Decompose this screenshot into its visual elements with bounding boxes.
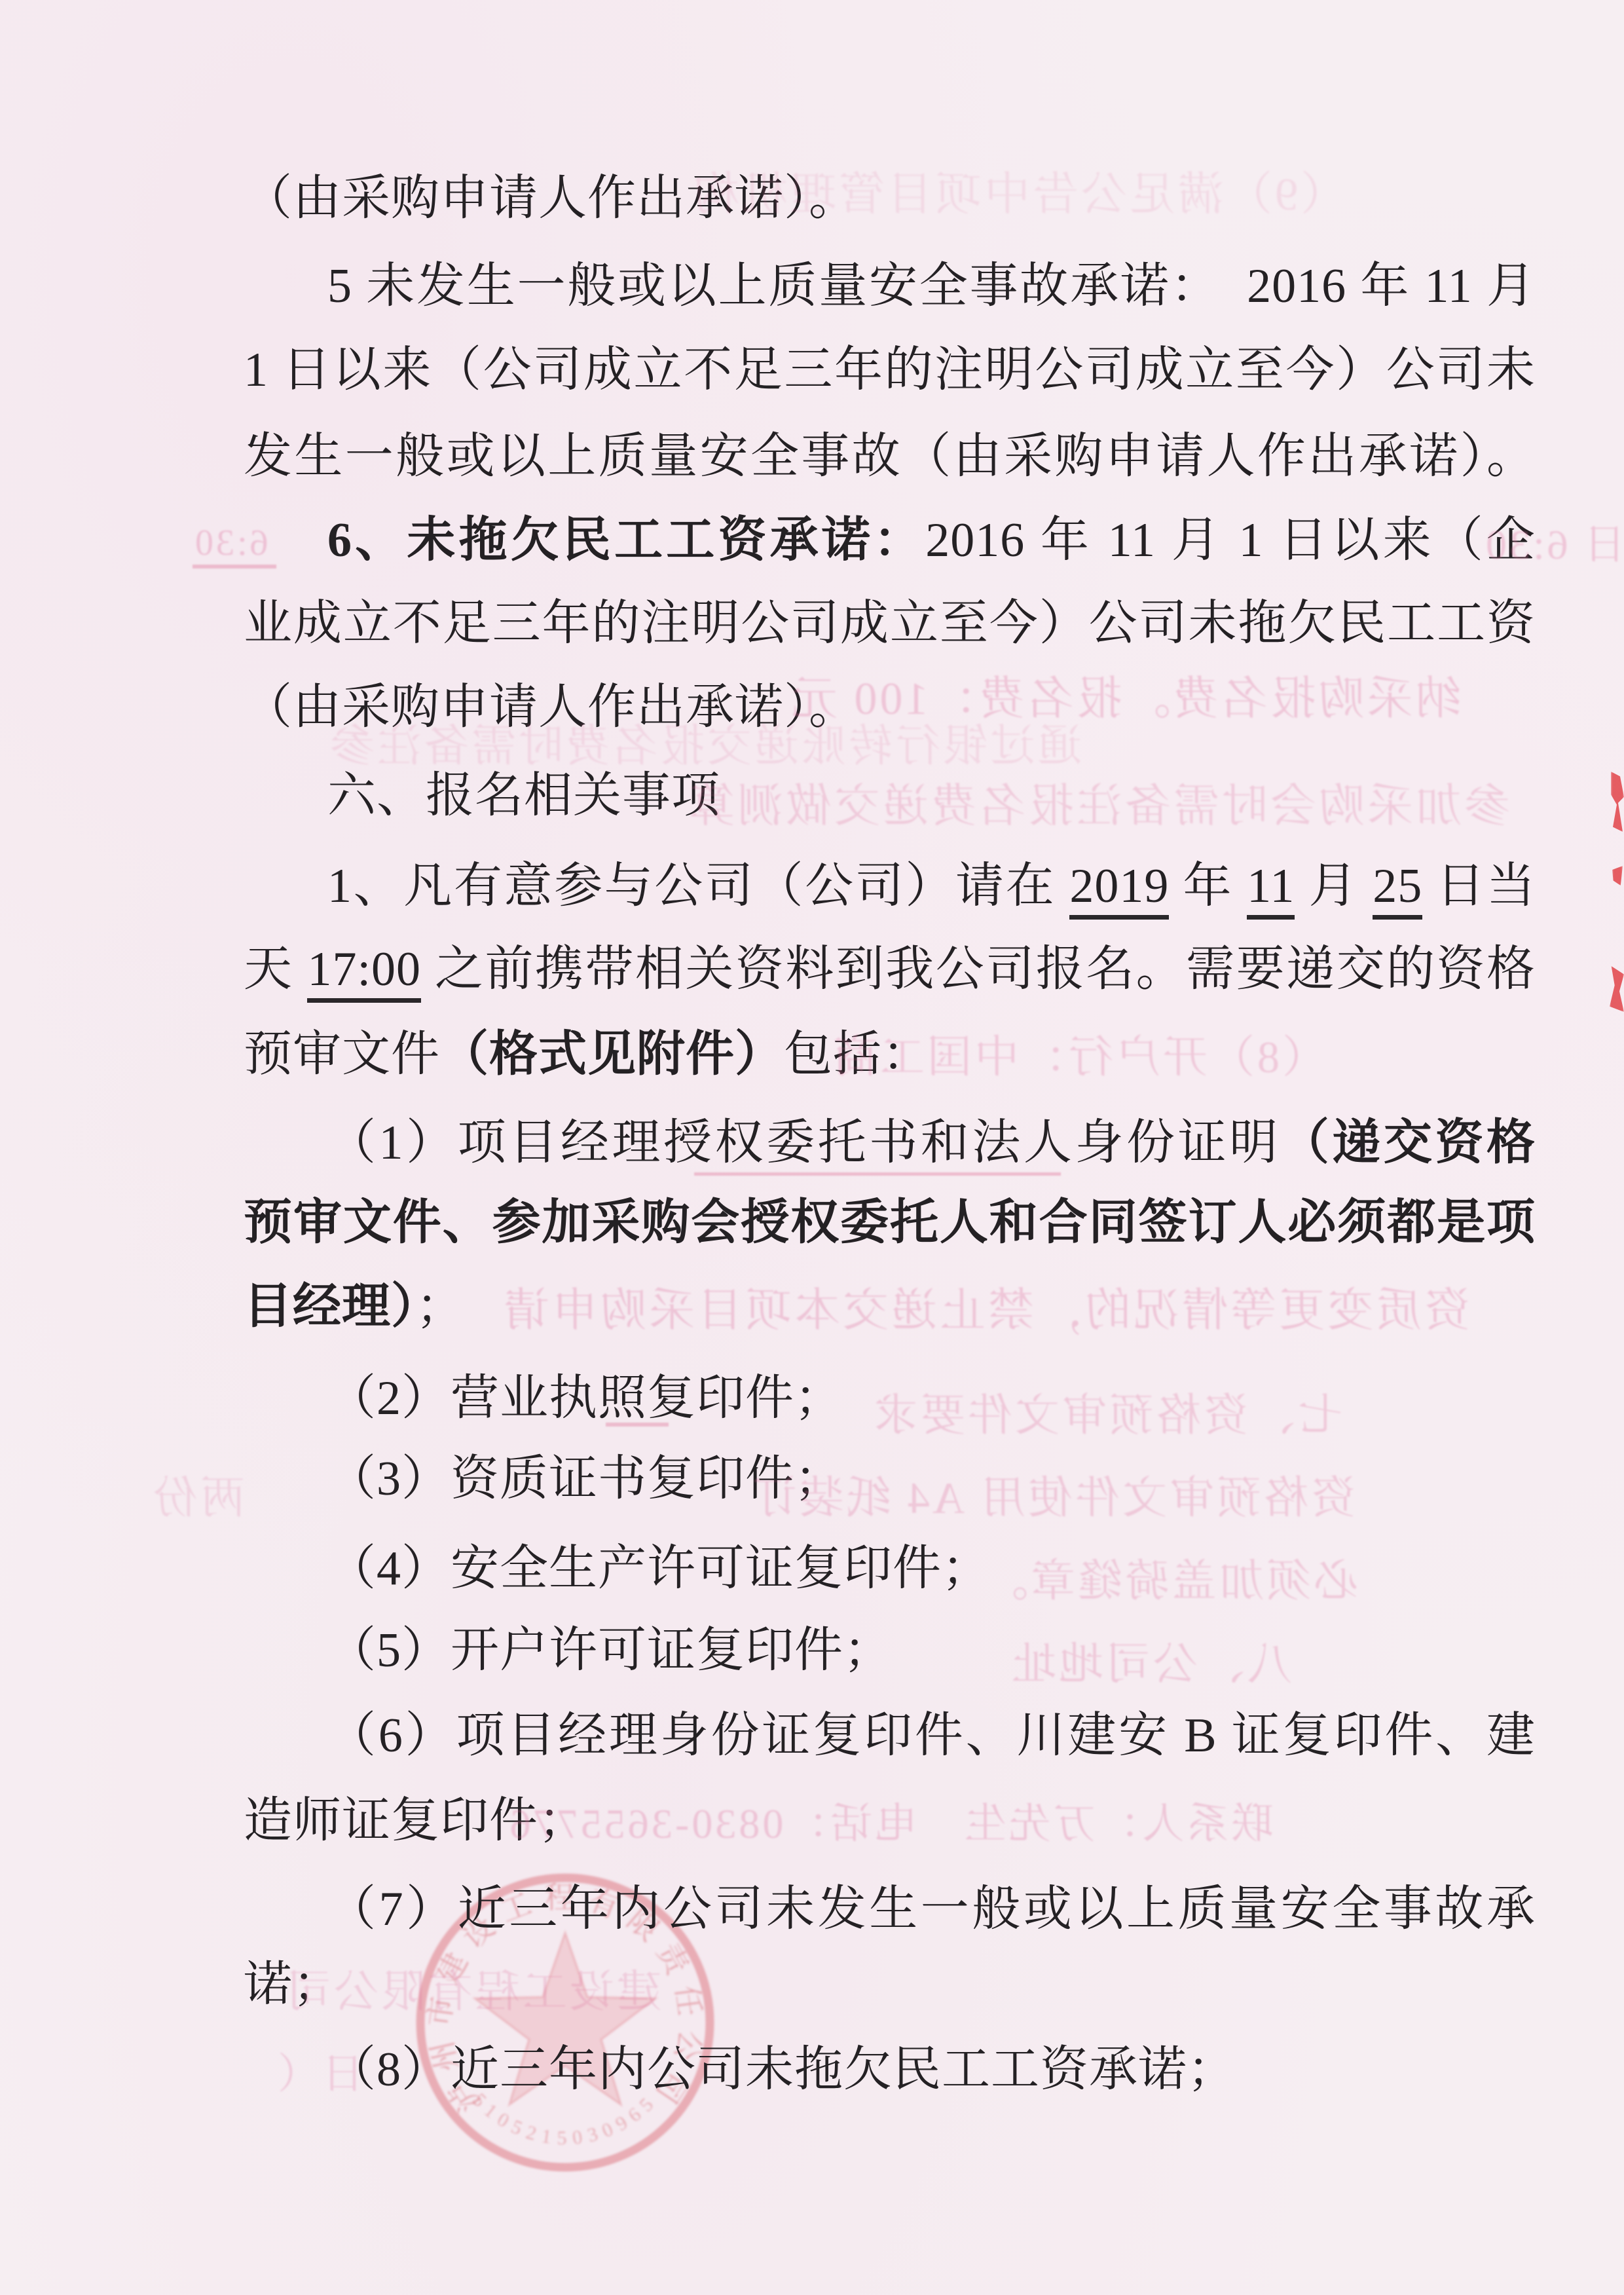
bold-text-segment: 预审文件、参加采购会授权委托人和合同签订人必须都是项 xyxy=(244,1196,1536,1250)
text-segment: （7）近三年内公司未发生一般或以上质量安全事故承 xyxy=(327,1882,1536,1936)
text-segment: 年 xyxy=(1169,859,1247,913)
bleedthrough-underline xyxy=(606,1423,669,1427)
bold-text-segment: 6、未拖欠民工工资承诺： xyxy=(327,513,925,567)
text-segment: 5 未发生一般或以上质量安全事故承诺： xyxy=(327,259,1247,313)
red-edge-fragment xyxy=(1610,966,1624,1012)
svg-text:5105215030965: 5105215030965 xyxy=(468,2089,662,2149)
text-segment: （8）近三年内公司未拖欠民工工资承诺； xyxy=(327,2043,1236,2097)
text-line-12: （1）项目经理授权委托书和法人身份证明（递交资格 xyxy=(327,1117,1536,1169)
text-segment: 日当 xyxy=(1422,859,1536,913)
text-line-17: （4）安全生产许可证复印件； xyxy=(327,1542,991,1595)
text-segment: （6）项目经理身份证复印件、川建安 B 证复印件、建 xyxy=(327,1709,1536,1763)
text-segment: 六、报名相关事项 xyxy=(327,769,720,823)
text-line-6: 业成立不足三年的注明公司成立至今）公司未拖欠民工工资 xyxy=(244,597,1536,650)
text-segment: 2016 年 11 月 xyxy=(1247,259,1536,313)
bleedthrough-text: （8）开户行：中国工商 xyxy=(830,1032,1327,1083)
text-segment: （1）项目经理授权委托书和法人身份证明 xyxy=(327,1116,1281,1170)
text-line-4: 发生一般或以上质量安全事故（由采购申请人作出承诺）。 xyxy=(244,430,1536,483)
underlined-text-segment: 2019 xyxy=(1069,859,1169,920)
text-line-15: （2）营业执照复印件； xyxy=(327,1372,843,1425)
bleedthrough-text: 6:30 xyxy=(193,522,268,564)
bold-text-segment: 目经理） xyxy=(244,1280,416,1334)
text-segment: ； xyxy=(416,1280,465,1334)
bleedthrough-text: （9）满足公告中项目管理机构 xyxy=(691,169,1346,222)
underlined-text-segment: 17:00 xyxy=(307,942,421,1003)
bleedthrough-text: 两份 xyxy=(151,1472,245,1523)
text-line-11: 预审文件（格式见附件）包括： xyxy=(244,1028,931,1081)
text-segment: 月 xyxy=(1295,859,1373,913)
text-segment: 2016 年 11 月 1 日以来（企 xyxy=(925,513,1536,567)
text-line-8: 六、报名相关事项 xyxy=(327,770,720,822)
bleedthrough-text: 日（ xyxy=(275,2050,364,2099)
bleedthrough-text: 资格预审文件使用 A4 纸装订 xyxy=(750,1472,1356,1523)
text-segment: 发生一般或以上质量安全事故（由采购申请人作出承诺）。 xyxy=(244,430,1536,483)
text-segment: （5）开户许可证复印件； xyxy=(327,1624,893,1677)
bleedthrough-text: 必须加盖骑缝章。 xyxy=(981,1556,1358,1607)
text-line-21: （7）近三年内公司未发生一般或以上质量安全事故承 xyxy=(327,1883,1536,1935)
stamp-serial-number: 5105215030965 xyxy=(468,2089,662,2149)
bleedthrough-text: 八、公司地址 xyxy=(1009,1639,1292,1690)
text-line-3: 1 日以来（公司成立不足三年的注明公司成立至今）公司未 xyxy=(244,344,1536,396)
bleedthrough-text: 日 6:30 xyxy=(1483,521,1624,569)
text-line-10: 天 17:00 之前携带相关资料到我公司报名。需要递交的资格 xyxy=(244,943,1536,996)
text-segment: 1、凡有意参与公司（公司）请在 xyxy=(327,859,1069,913)
underlined-text-segment: 11 xyxy=(1247,859,1295,920)
text-segment: 预审文件 xyxy=(244,1028,440,1081)
text-line-9: 1、凡有意参与公司（公司）请在 2019 年 11 月 25 日当 xyxy=(327,860,1536,912)
text-line-18: （5）开户许可证复印件； xyxy=(327,1624,893,1677)
bold-text-segment: （格式见附件） xyxy=(440,1028,784,1081)
bleedthrough-underline xyxy=(694,1172,1061,1176)
text-segment: 天 xyxy=(244,942,307,996)
text-segment: （2）营业执照复印件； xyxy=(327,1371,843,1425)
bleedthrough-text: 资质变更等情况的，禁止递交本项目采购申请 xyxy=(501,1285,1470,1338)
text-line-5: 6、未拖欠民工工资承诺：2016 年 11 月 1 日以来（企 xyxy=(327,514,1536,567)
bleedthrough-text: 建设工程有限公司 xyxy=(284,1966,661,2017)
bold-text-segment: （递交资格 xyxy=(1281,1116,1536,1170)
red-edge-fragment xyxy=(1611,772,1624,832)
bleedthrough-underline xyxy=(193,565,276,569)
text-segment: 1 日以来（公司成立不足三年的注明公司成立至今）公司未 xyxy=(244,343,1536,397)
bleedthrough-text: 通过银行转账递交报名费时需备注参 xyxy=(327,720,1082,772)
underlined-text-segment: 25 xyxy=(1373,859,1422,920)
text-segment: 业成立不足三年的注明公司成立至今）公司未拖欠民工工资 xyxy=(244,597,1536,650)
text-line-19: （6）项目经理身份证复印件、川建安 B 证复印件、建 xyxy=(327,1709,1536,1762)
text-line-14: 目经理）； xyxy=(244,1280,465,1333)
text-line-13: 预审文件、参加采购会授权委托人和合同签订人必须都是项 xyxy=(244,1197,1536,1249)
bleedthrough-text: 联系人：万先生 电话：0830-3655776 xyxy=(507,1800,1273,1848)
scanned-document-page: 泸州市建设工程有限责任公司 5105215030965 （由采购申请人作出承诺）… xyxy=(0,0,1624,2295)
text-line-2: 5 未发生一般或以上质量安全事故承诺： 2016 年 11 月 xyxy=(327,260,1536,312)
bleedthrough-text: 七、资格预审文件要求 xyxy=(871,1390,1342,1441)
text-line-23: （8）近三年内公司未拖欠民工工资承诺； xyxy=(327,2043,1236,2096)
bleedthrough-text: 参加采购会时需备注报名费递交做测算 xyxy=(686,781,1510,834)
text-segment: （4）安全生产许可证复印件； xyxy=(327,1542,991,1595)
bleedthrough-text: 纳采购报名费。报名费：100 元 xyxy=(789,673,1462,726)
red-edge-fragment xyxy=(1612,866,1623,886)
text-segment: 之前携带相关资料到我公司报名。需要递交的资格 xyxy=(421,942,1536,996)
